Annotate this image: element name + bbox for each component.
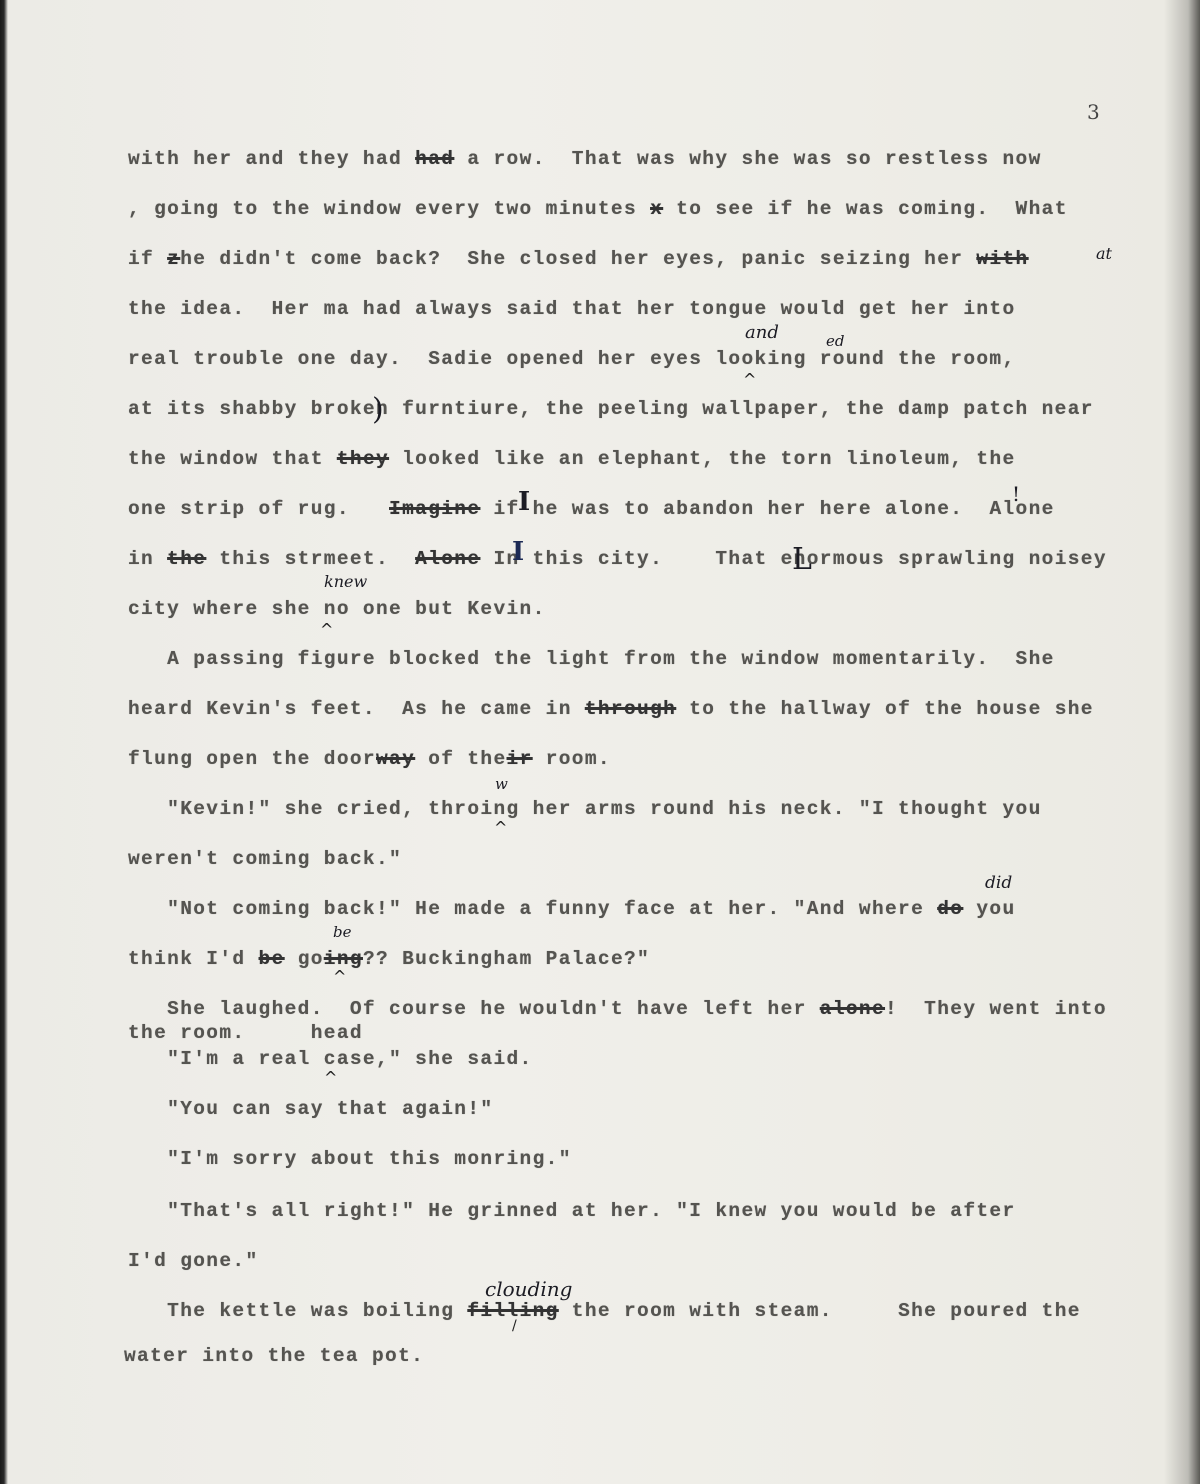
typed-text: to see if he was coming. What: [663, 198, 1068, 220]
typed-line: one strip of rug. Imagine if he was to a…: [128, 498, 1055, 520]
insertion-caret: /: [512, 1318, 517, 1334]
struck-text: Alone: [415, 548, 480, 570]
typed-text: go: [285, 948, 324, 970]
typed-text: The kettle was boiling: [128, 1300, 467, 1322]
typed-text: if: [128, 248, 167, 270]
typed-text: one strip of rug.: [128, 498, 389, 520]
typed-line: the idea. Her ma had always said that he…: [128, 298, 1016, 320]
page-number: 3: [1087, 100, 1100, 124]
typed-text: "That's all right!" He grinned at her. "…: [128, 1200, 1016, 1222]
handwritten-edit: I: [518, 487, 530, 517]
typed-line: "That's all right!" He grinned at her. "…: [128, 1200, 1016, 1222]
typed-line: I'd gone.": [128, 1250, 259, 1272]
typed-line: The kettle was boiling filling the room …: [128, 1300, 1081, 1322]
handwritten-edit: !: [1012, 482, 1020, 506]
typed-text: to the hallway of the house she: [676, 698, 1094, 720]
typed-line: at its shabby broken furntiure, the peel…: [128, 398, 1094, 420]
typed-line: if zhe didn't come back? She closed her …: [128, 248, 1029, 270]
typed-text: flung open the door: [128, 748, 376, 770]
struck-text: they: [337, 448, 389, 470]
struck-text: be: [259, 948, 285, 970]
typed-line: the window that they looked like an elep…: [128, 448, 1016, 470]
typed-text: water into the tea pot.: [124, 1345, 424, 1367]
handwritten-edit: I: [512, 537, 524, 567]
handwritten-edit: knew: [324, 572, 367, 591]
handwritten-edit: be: [333, 923, 351, 941]
typed-line: flung open the doorway of their room.: [128, 748, 611, 770]
typed-line: city where she no one but Kevin.: [128, 598, 546, 620]
typed-line: "I'm sorry about this monring.": [128, 1148, 572, 1170]
struck-text: through: [585, 698, 676, 720]
insertion-caret: ^: [494, 818, 507, 837]
typed-text: if he was to abandon her here alone. Alo…: [480, 498, 1054, 520]
struck-text: x: [650, 198, 663, 220]
typed-text: at its shabby broken furntiure, the peel…: [128, 398, 1094, 420]
typed-line: "I'm a real case," she said.: [128, 1048, 533, 1070]
typed-text: ?? Buckingham Palace?": [363, 948, 650, 970]
typed-text: "I'm sorry about this monring.": [128, 1148, 572, 1170]
insertion-caret: ^: [333, 967, 346, 986]
typed-line: A passing figure blocked the light from …: [128, 648, 1055, 670]
typed-text: this strmeet.: [206, 548, 415, 570]
struck-text: with: [976, 248, 1028, 270]
typed-text: the room. head: [128, 1022, 363, 1044]
insertion-caret: ^: [743, 370, 756, 389]
typed-text: She laughed. Of course he wouldn't have …: [128, 998, 820, 1020]
handwritten-edit: w: [495, 775, 508, 793]
struck-text: ir: [507, 748, 533, 770]
typed-line: real trouble one day. Sadie opened her e…: [128, 348, 1016, 370]
typed-text: of the: [415, 748, 506, 770]
handwritten-edit: and: [745, 322, 779, 343]
struck-text: z: [167, 248, 180, 270]
typed-line: She laughed. Of course he wouldn't have …: [128, 998, 1107, 1020]
struck-text: had: [415, 148, 454, 170]
typed-text: "Not coming back!" He made a funny face …: [128, 898, 937, 920]
typed-line: with her and they had had a row. That wa…: [128, 148, 1042, 170]
typed-line: weren't coming back.": [128, 848, 402, 870]
typescript-page: ​ 3 with her and they had had a row. Tha…: [0, 0, 1200, 1484]
typed-text: "Kevin!" she cried, throing her arms rou…: [128, 798, 1042, 820]
typed-text: the room with steam. She poured the: [559, 1300, 1081, 1322]
handwritten-bracket: ): [372, 392, 384, 427]
typed-text: the window that: [128, 448, 337, 470]
typed-text: A passing figure blocked the light from …: [128, 648, 1055, 670]
struck-text: way: [376, 748, 415, 770]
typed-line: "Not coming back!" He made a funny face …: [128, 898, 1016, 920]
insertion-caret: ^: [320, 620, 333, 639]
typed-text: weren't coming back.": [128, 848, 402, 870]
typed-text: , going to the window every two minutes: [128, 198, 650, 220]
struck-text: Imagine: [389, 498, 480, 520]
handwritten-edit: at: [1096, 244, 1112, 263]
handwritten-edit: ed: [826, 332, 844, 350]
typed-text: think I'd: [128, 948, 259, 970]
typed-text: the idea. Her ma had always said that he…: [128, 298, 1016, 320]
typed-text: looked like an elephant, the torn linole…: [389, 448, 1016, 470]
typed-line: in the this strmeet. Alone In this city.…: [128, 548, 1107, 570]
handwritten-edit: did: [985, 873, 1012, 893]
typed-text: ! They went into: [885, 998, 1107, 1020]
typed-text: you: [963, 898, 1015, 920]
typed-line: heard Kevin's feet. As he came in throug…: [128, 698, 1094, 720]
typed-text: with her and they had: [128, 148, 415, 170]
typed-line: think I'd be going?? Buckingham Palace?": [128, 948, 650, 970]
typed-text: I'd gone.": [128, 1250, 259, 1272]
typed-text: city where she no one but Kevin.: [128, 598, 546, 620]
struck-text: do: [937, 898, 963, 920]
typed-line: the room. head: [128, 1022, 363, 1044]
handwritten-bracket: L: [792, 542, 812, 577]
struck-text: the: [167, 548, 206, 570]
struck-text: alone: [820, 998, 885, 1020]
typed-text: a row. That was why she was so restless …: [454, 148, 1041, 170]
typed-text: real trouble one day. Sadie opened her e…: [128, 348, 1016, 370]
handwritten-edit: clouding: [485, 1277, 572, 1301]
typed-line: "You can say that again!": [128, 1098, 493, 1120]
insertion-caret: ^: [324, 1068, 337, 1087]
typed-line: , going to the window every two minutes …: [128, 198, 1068, 220]
typed-line: water into the tea pot.: [124, 1345, 424, 1367]
typed-text: "You can say that again!": [128, 1098, 493, 1120]
typed-text: "I'm a real case," she said.: [128, 1048, 533, 1070]
typed-line: "Kevin!" she cried, throing her arms rou…: [128, 798, 1042, 820]
typed-text: heard Kevin's feet. As he came in: [128, 698, 585, 720]
typed-text: room.: [533, 748, 611, 770]
typed-text: he didn't come back? She closed her eyes…: [180, 248, 976, 270]
typed-text: in: [128, 548, 167, 570]
